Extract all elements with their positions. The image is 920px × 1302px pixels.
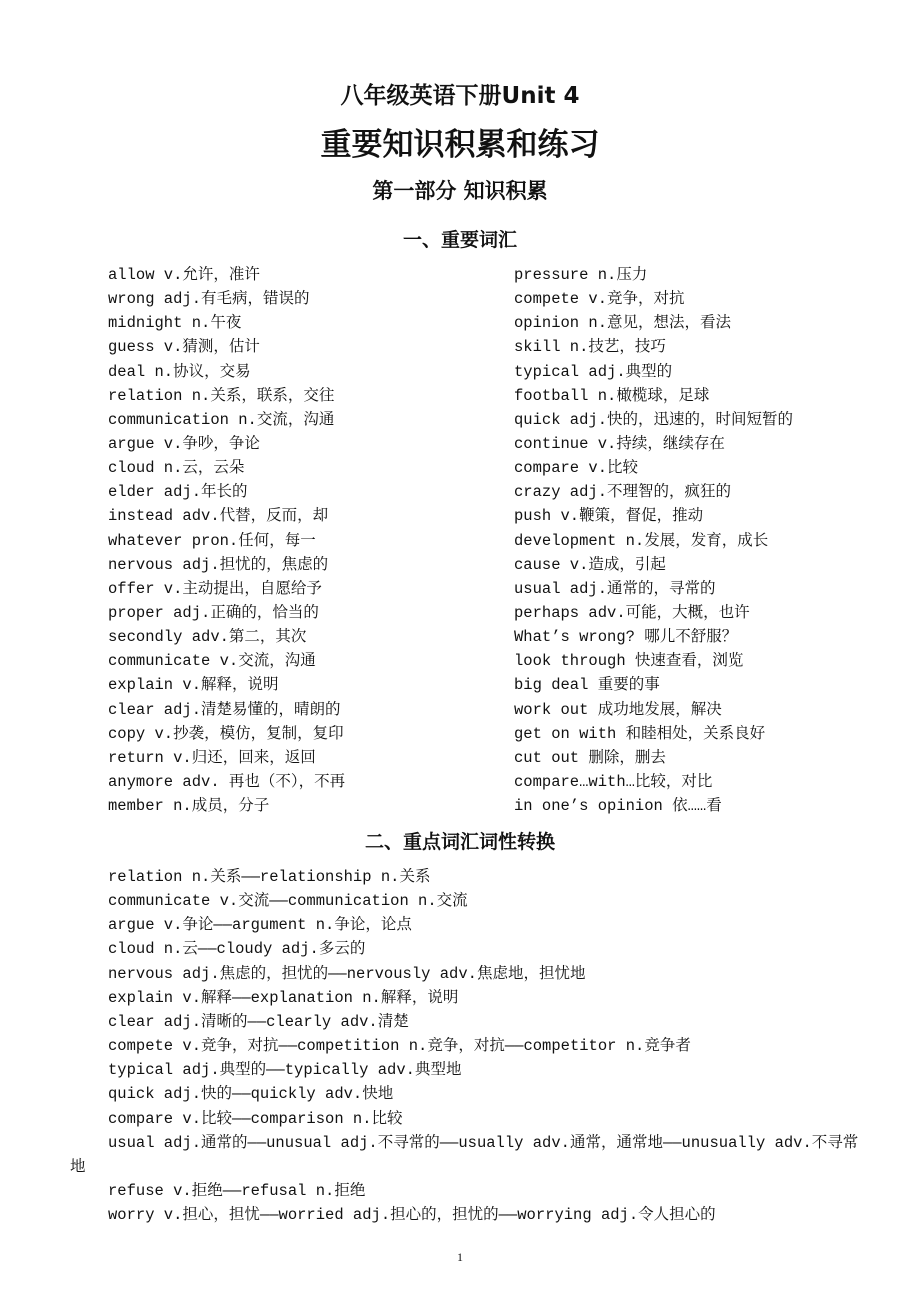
vocab-entry: cause v.造成，引起 (514, 553, 793, 577)
vocab-entry: opinion n.意见，想法，看法 (514, 311, 793, 335)
vocab-entry: deal n.协议，交易 (108, 360, 345, 384)
vocab-entry: compete v.竞争，对抗 (514, 287, 793, 311)
vocab-entry: perhaps adv.可能，大概，也许 (514, 601, 793, 625)
vocab-entry: explain v.解释——explanation n.解释，说明 (70, 986, 870, 1010)
vocab-entry: argue v.争论——argument n.争论，论点 (70, 913, 870, 937)
vocab-entry: pressure n.压力 (514, 263, 793, 287)
vocab-entry: member n.成员，分子 (108, 794, 345, 818)
document-title-line2: 重要知识积累和练习 (0, 123, 920, 167)
vocab-entry: anymore adv. 再也（不），不再 (108, 770, 345, 794)
vocab-entry: offer v.主动提出，自愿给予 (108, 577, 345, 601)
vocab-entry: secondly adv.第二，其次 (108, 625, 345, 649)
vocab-entry: push v.鞭策，督促，推动 (514, 504, 793, 528)
vocab-entry: proper adj.正确的，恰当的 (108, 601, 345, 625)
vocab-entry: compete v.竞争，对抗——competition n.竞争，对抗——co… (70, 1034, 870, 1058)
vocab-entry: communication n.交流，沟通 (108, 408, 345, 432)
vocab-entry: clear adj.清晰的——clearly adv.清楚 (70, 1010, 870, 1034)
vocab-entry: whatever pron.任何，每一 (108, 529, 345, 553)
vocab-entry: quick adj.快的，迅速的，时间短暂的 (514, 408, 793, 432)
vocab-entry: compare…with…比较，对比 (514, 770, 793, 794)
section2-heading: 二、重点词汇词性转换 (0, 827, 920, 857)
vocab-entry: development n.发展，发育，成长 (514, 529, 793, 553)
vocab-entry: typical adj.典型的——typically adv.典型地 (70, 1058, 870, 1082)
vocab-entry: return v.归还，回来，返回 (108, 746, 345, 770)
vocab-entry: midnight n.午夜 (108, 311, 345, 335)
vocab-entry: refuse v.拒绝——refusal n.拒绝 (70, 1179, 870, 1203)
vocab-entry: nervous adj.担忧的，焦虑的 (108, 553, 345, 577)
vocab-entry: explain v.解释，说明 (108, 673, 345, 697)
vocab-entry: worry v.担心，担忧——worried adj.担心的，担忧的——worr… (70, 1203, 870, 1227)
vocab-entry: communicate v.交流，沟通 (108, 649, 345, 673)
part-title: 第一部分 知识积累 (0, 175, 920, 207)
vocab-entry: quick adj.快的——quickly adv.快地 (70, 1082, 870, 1106)
document-page: 八年级英语下册Unit 4 重要知识积累和练习 第一部分 知识积累 一、重要词汇… (0, 0, 920, 1302)
vocab-entry: relation n.关系——relationship n.关系 (70, 865, 870, 889)
vocab-entry: continue v.持续，继续存在 (514, 432, 793, 456)
word-form-list: relation n.关系——relationship n.关系communic… (70, 865, 870, 1227)
vocab-right-column: pressure n.压力compete v.竞争，对抗opinion n.意见… (514, 263, 793, 818)
vocab-entry: relation n.关系，联系，交往 (108, 384, 345, 408)
vocab-entry: cut out 删除，删去 (514, 746, 793, 770)
vocab-entry: clear adj.清楚易懂的，晴朗的 (108, 698, 345, 722)
vocab-entry: cloud n.云——cloudy adj.多云的 (70, 937, 870, 961)
vocab-entry: instead adv.代替，反而，却 (108, 504, 345, 528)
vocab-entry: big deal 重要的事 (514, 673, 793, 697)
vocab-entry: compare v.比较 (514, 456, 793, 480)
vocab-entry: communicate v.交流——communication n.交流 (70, 889, 870, 913)
vocab-entry: usual adj.通常的——unusual adj.不寻常的——usually… (70, 1131, 870, 1179)
vocab-entry: copy v.抄袭，模仿，复制，复印 (108, 722, 345, 746)
vocab-entry: cloud n.云，云朵 (108, 456, 345, 480)
vocab-entry: crazy adj.不理智的，疯狂的 (514, 480, 793, 504)
page-number: 1 (0, 1250, 920, 1265)
vocab-entry: in one’s opinion 依……看 (514, 794, 793, 818)
vocab-left-column: allow v.允许，准许wrong adj.有毛病，错误的midnight n… (108, 263, 345, 818)
vocab-entry: get on with 和睦相处，关系良好 (514, 722, 793, 746)
vocab-entry: allow v.允许，准许 (108, 263, 345, 287)
vocab-entry: football n.橄榄球，足球 (514, 384, 793, 408)
vocab-entry: What’s wrong? 哪儿不舒服？ (514, 625, 793, 649)
vocab-entry: compare v.比较——comparison n.比较 (70, 1107, 870, 1131)
vocab-entry: guess v.猜测，估计 (108, 335, 345, 359)
vocab-entry: skill n.技艺，技巧 (514, 335, 793, 359)
section1-heading: 一、重要词汇 (0, 225, 920, 255)
vocab-entry: work out 成功地发展，解决 (514, 698, 793, 722)
vocab-entry: wrong adj.有毛病，错误的 (108, 287, 345, 311)
vocab-entry: usual adj.通常的，寻常的 (514, 577, 793, 601)
document-title-line1: 八年级英语下册Unit 4 (0, 80, 920, 112)
vocab-entry: argue v.争吵，争论 (108, 432, 345, 456)
vocab-entry: typical adj.典型的 (514, 360, 793, 384)
vocab-entry: nervous adj.焦虑的，担忧的——nervously adv.焦虑地，担… (70, 962, 870, 986)
vocab-entry: look through 快速查看，浏览 (514, 649, 793, 673)
vocab-entry: elder adj.年长的 (108, 480, 345, 504)
